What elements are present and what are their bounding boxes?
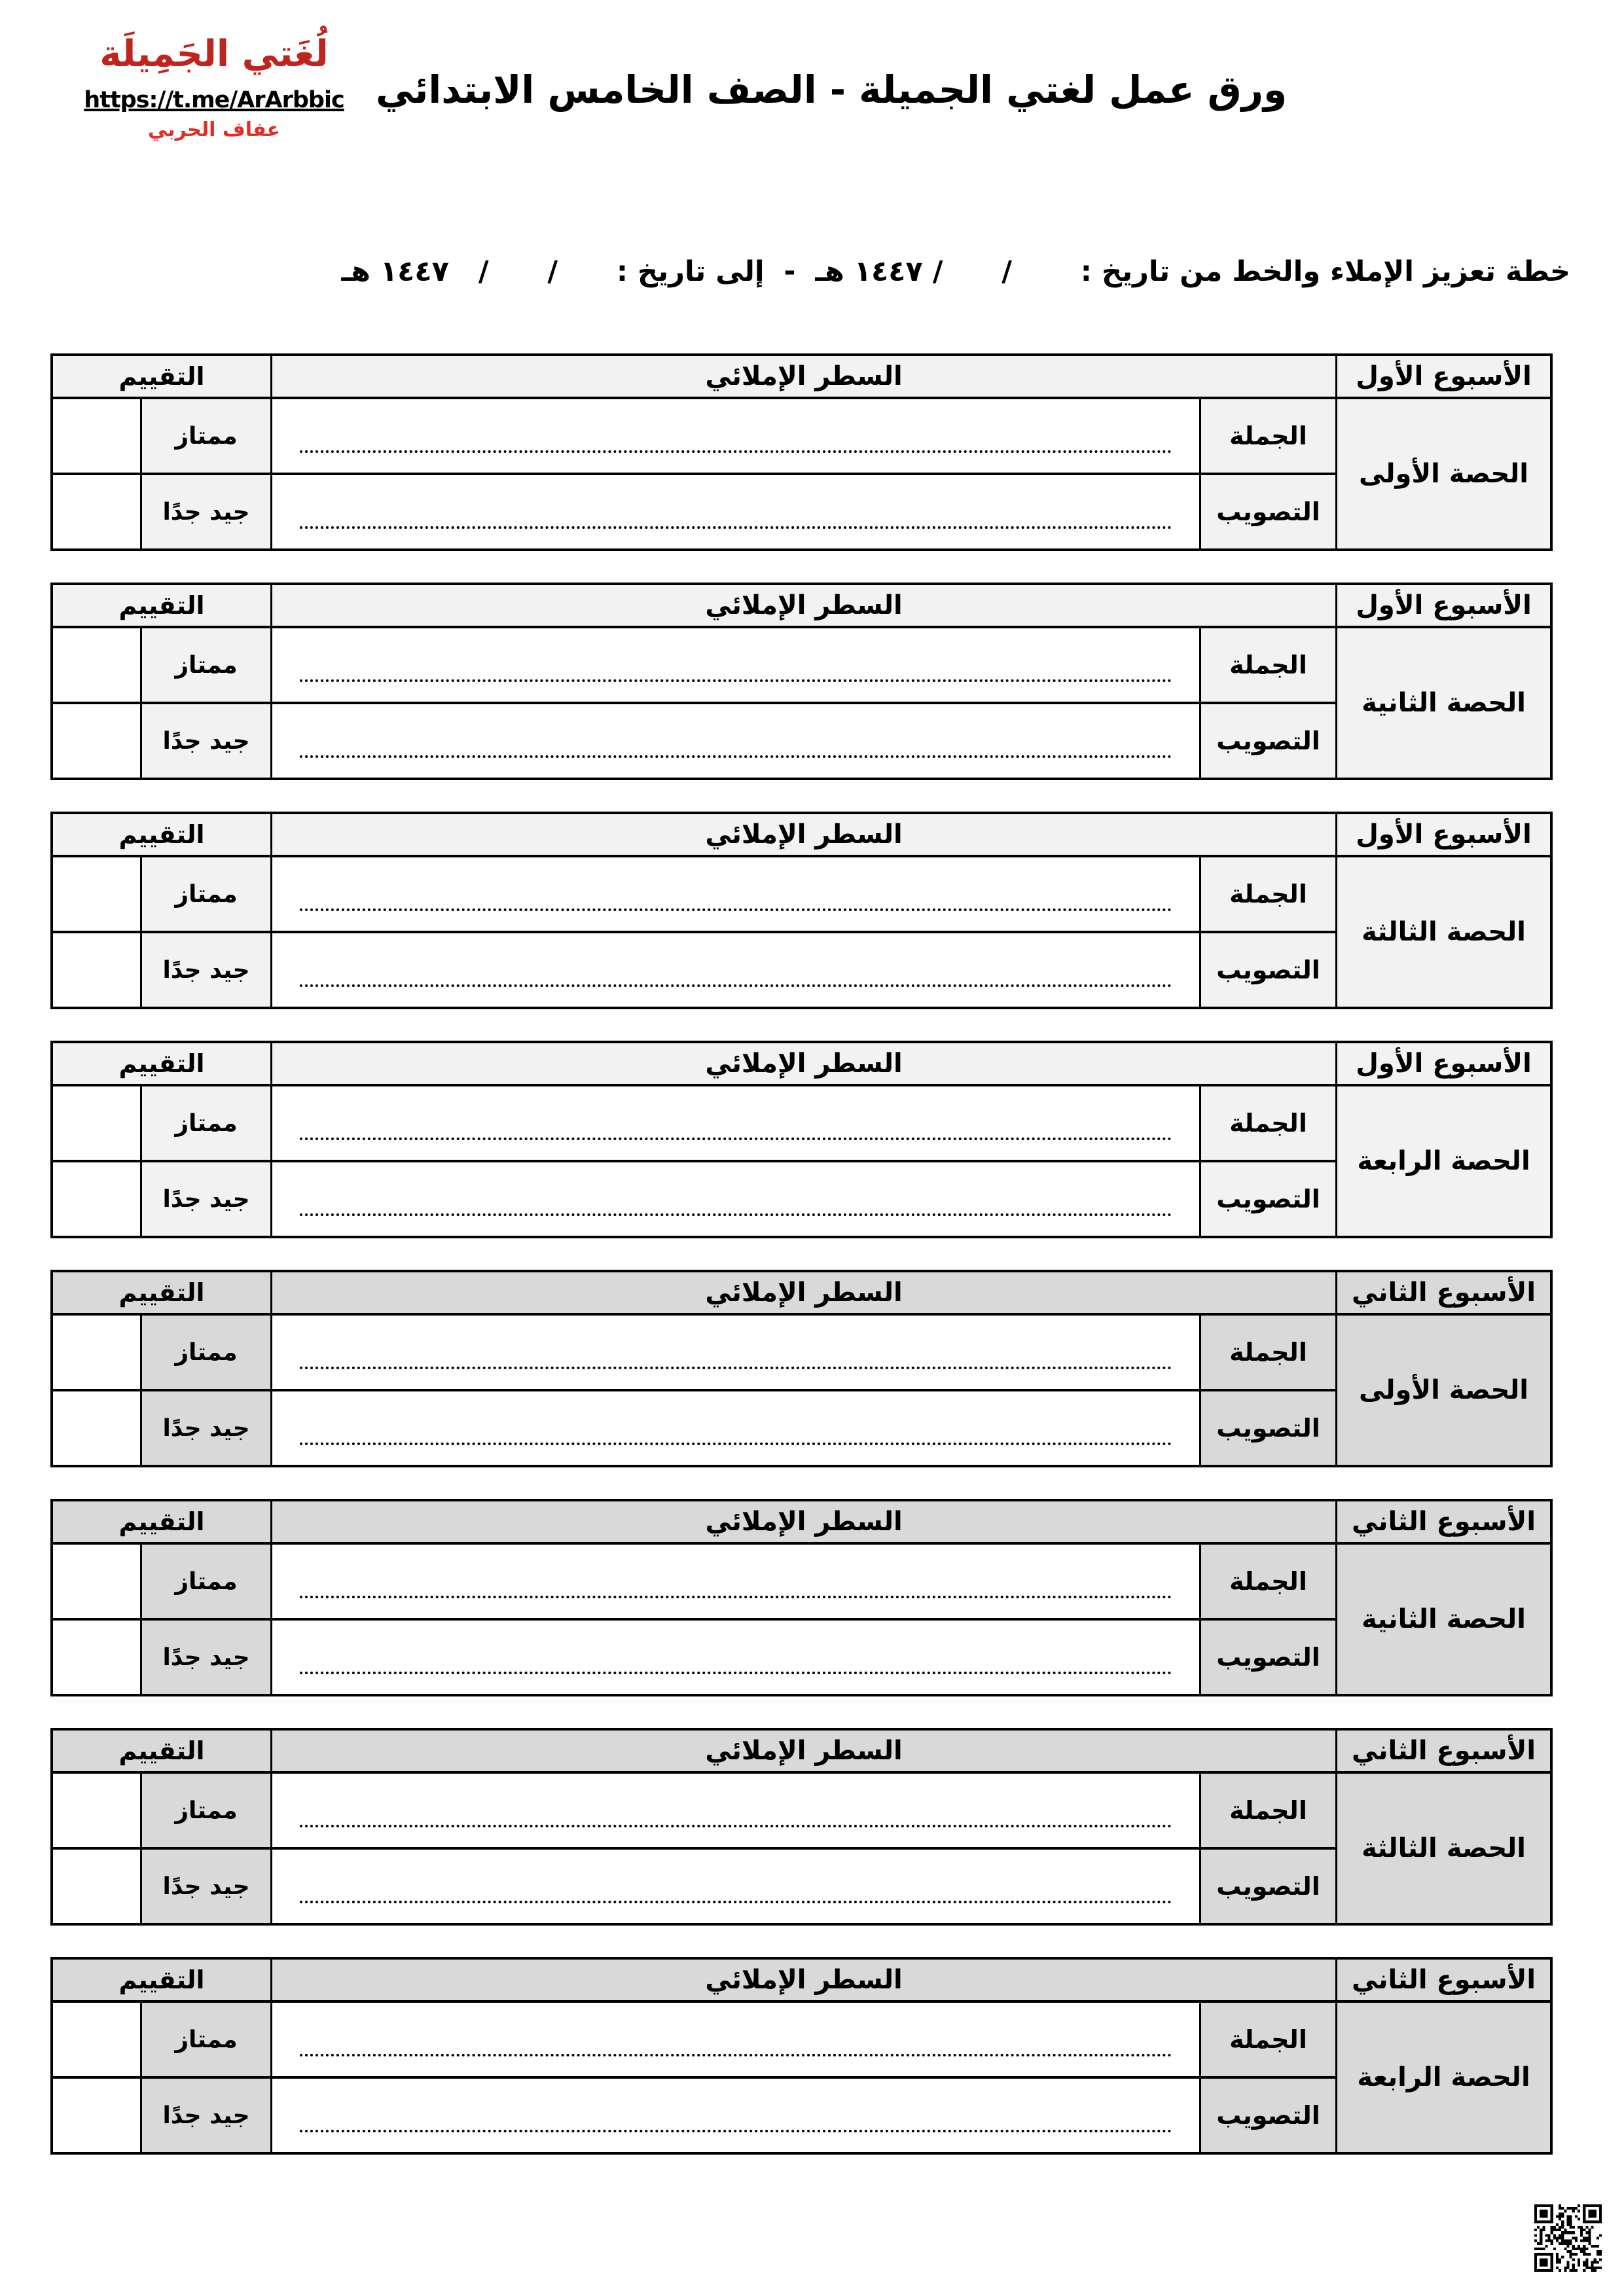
session-table: الأسبوع الأول السطر الإملائي التقييم الح… xyxy=(50,583,1553,780)
dotted-write-line xyxy=(300,2130,1171,2132)
dotted-write-line xyxy=(300,526,1171,529)
very-good-label: جيد جدًا xyxy=(142,1621,270,1694)
session-table: الأسبوع الأول السطر الإملائي التقييم الح… xyxy=(50,353,1553,551)
week-header-cell: الأسبوع الأول xyxy=(1337,356,1550,397)
week-header-cell: الأسبوع الثاني xyxy=(1337,1731,1550,1771)
sentence-label: الجملة xyxy=(1201,1774,1335,1847)
correction-write-area[interactable] xyxy=(272,1391,1199,1465)
session-cell: الحصة الثالثة xyxy=(1337,857,1550,1007)
dotted-write-line xyxy=(300,450,1171,453)
week-header-cell: الأسبوع الأول xyxy=(1337,1043,1550,1084)
very-good-checkbox-cell[interactable] xyxy=(53,933,140,1007)
excellent-checkbox-cell[interactable] xyxy=(53,2003,140,2076)
dotted-write-line xyxy=(300,1901,1171,1903)
dictation-line-header-cell: السطر الإملائي xyxy=(272,1272,1335,1313)
session-cell: الحصة الأولى xyxy=(1337,1316,1550,1465)
dictation-line-header-cell: السطر الإملائي xyxy=(272,1043,1335,1084)
very-good-checkbox-cell[interactable] xyxy=(53,1162,140,1236)
correction-label: التصويب xyxy=(1201,1162,1335,1236)
page-title: ورق عمل لغتي الجميلة - الصف الخامس الابت… xyxy=(281,67,1381,112)
session-cell: الحصة الرابعة xyxy=(1337,2003,1550,2152)
sentence-write-area[interactable] xyxy=(272,857,1199,931)
excellent-checkbox-cell[interactable] xyxy=(53,1086,140,1160)
dotted-write-line xyxy=(300,1213,1171,1216)
very-good-label: جيد جدًا xyxy=(142,933,270,1007)
week-header-cell: الأسبوع الثاني xyxy=(1337,1501,1550,1542)
session-table: الأسبوع الثاني السطر الإملائي التقييم ال… xyxy=(50,1728,1553,1926)
evaluation-header-cell: التقييم xyxy=(53,1043,270,1084)
week-header-cell: الأسبوع الأول xyxy=(1337,585,1550,626)
session-table: الأسبوع الثاني السطر الإملائي التقييم ال… xyxy=(50,1957,1553,2155)
correction-label: التصويب xyxy=(1201,2079,1335,2152)
sentence-write-area[interactable] xyxy=(272,1316,1199,1389)
date-plan-line: خطة تعزيز الإملاء والخط من تاريخ : / / ١… xyxy=(341,255,1570,288)
correction-write-area[interactable] xyxy=(272,475,1199,548)
correction-write-area[interactable] xyxy=(272,1621,1199,1694)
session-tables: الأسبوع الأول السطر الإملائي التقييم الح… xyxy=(50,353,1553,2155)
session-table: الأسبوع الأول السطر الإملائي التقييم الح… xyxy=(50,812,1553,1009)
dictation-line-header-cell: السطر الإملائي xyxy=(272,1731,1335,1771)
dotted-write-line xyxy=(300,908,1171,911)
week-header-cell: الأسبوع الثاني xyxy=(1337,1272,1550,1313)
correction-write-area[interactable] xyxy=(272,2079,1199,2152)
qr-code xyxy=(1534,2204,1602,2272)
sentence-label: الجملة xyxy=(1201,1316,1335,1389)
correction-write-area[interactable] xyxy=(272,933,1199,1007)
week-header-cell: الأسبوع الأول xyxy=(1337,814,1550,855)
dictation-line-header-cell: السطر الإملائي xyxy=(272,1501,1335,1542)
dotted-write-line xyxy=(300,1443,1171,1445)
correction-label: التصويب xyxy=(1201,1391,1335,1465)
excellent-label: ممتاز xyxy=(142,2003,270,2076)
sentence-label: الجملة xyxy=(1201,1086,1335,1160)
author-name: عفاف الحربي xyxy=(60,118,368,141)
dictation-line-header-cell: السطر الإملائي xyxy=(272,585,1335,626)
excellent-checkbox-cell[interactable] xyxy=(53,1316,140,1389)
correction-label: التصويب xyxy=(1201,704,1335,778)
evaluation-header-cell: التقييم xyxy=(53,1960,270,2000)
dictation-line-header-cell: السطر الإملائي xyxy=(272,356,1335,397)
very-good-checkbox-cell[interactable] xyxy=(53,704,140,778)
very-good-label: جيد جدًا xyxy=(142,1162,270,1236)
very-good-checkbox-cell[interactable] xyxy=(53,475,140,548)
very-good-label: جيد جدًا xyxy=(142,704,270,778)
correction-label: التصويب xyxy=(1201,1621,1335,1694)
excellent-label: ممتاز xyxy=(142,399,270,473)
sentence-label: الجملة xyxy=(1201,2003,1335,2076)
dotted-write-line xyxy=(300,679,1171,682)
evaluation-header-cell: التقييم xyxy=(53,585,270,626)
excellent-checkbox-cell[interactable] xyxy=(53,628,140,702)
excellent-checkbox-cell[interactable] xyxy=(53,857,140,931)
sentence-write-area[interactable] xyxy=(272,399,1199,473)
excellent-checkbox-cell[interactable] xyxy=(53,399,140,473)
very-good-label: جيد جدًا xyxy=(142,2079,270,2152)
very-good-checkbox-cell[interactable] xyxy=(53,1850,140,1923)
evaluation-header-cell: التقييم xyxy=(53,1501,270,1542)
excellent-label: ممتاز xyxy=(142,857,270,931)
session-table: الأسبوع الثاني السطر الإملائي التقييم ال… xyxy=(50,1270,1553,1467)
excellent-checkbox-cell[interactable] xyxy=(53,1774,140,1847)
correction-write-area[interactable] xyxy=(272,1850,1199,1923)
sentence-label: الجملة xyxy=(1201,628,1335,702)
sentence-label: الجملة xyxy=(1201,1545,1335,1618)
excellent-checkbox-cell[interactable] xyxy=(53,1545,140,1618)
very-good-checkbox-cell[interactable] xyxy=(53,2079,140,2152)
dotted-write-line xyxy=(300,1138,1171,1140)
correction-write-area[interactable] xyxy=(272,704,1199,778)
sentence-write-area[interactable] xyxy=(272,2003,1199,2076)
dotted-write-line xyxy=(300,755,1171,758)
session-cell: الحصة الرابعة xyxy=(1337,1086,1550,1236)
excellent-label: ممتاز xyxy=(142,1086,270,1160)
evaluation-header-cell: التقييم xyxy=(53,1731,270,1771)
session-cell: الحصة الثالثة xyxy=(1337,1774,1550,1923)
dictation-line-header-cell: السطر الإملائي xyxy=(272,814,1335,855)
dotted-write-line xyxy=(300,984,1171,987)
dotted-write-line xyxy=(300,1672,1171,1674)
very-good-checkbox-cell[interactable] xyxy=(53,1391,140,1465)
excellent-label: ممتاز xyxy=(142,1545,270,1618)
very-good-checkbox-cell[interactable] xyxy=(53,1621,140,1694)
correction-label: التصويب xyxy=(1201,1850,1335,1923)
session-cell: الحصة الثانية xyxy=(1337,1545,1550,1694)
sentence-label: الجملة xyxy=(1201,857,1335,931)
excellent-label: ممتاز xyxy=(142,1316,270,1389)
week-header-cell: الأسبوع الثاني xyxy=(1337,1960,1550,2000)
dotted-write-line xyxy=(300,1596,1171,1598)
evaluation-header-cell: التقييم xyxy=(53,814,270,855)
sentence-write-area[interactable] xyxy=(272,1545,1199,1618)
excellent-label: ممتاز xyxy=(142,628,270,702)
sentence-label: الجملة xyxy=(1201,399,1335,473)
evaluation-header-cell: التقييم xyxy=(53,356,270,397)
correction-label: التصويب xyxy=(1201,933,1335,1007)
session-table: الأسبوع الأول السطر الإملائي التقييم الح… xyxy=(50,1041,1553,1238)
dotted-write-line xyxy=(300,2054,1171,2056)
session-cell: الحصة الأولى xyxy=(1337,399,1550,548)
dotted-write-line xyxy=(300,1367,1171,1369)
correction-label: التصويب xyxy=(1201,475,1335,548)
sentence-write-area[interactable] xyxy=(272,628,1199,702)
session-table: الأسبوع الثاني السطر الإملائي التقييم ال… xyxy=(50,1499,1553,1696)
evaluation-header-cell: التقييم xyxy=(53,1272,270,1313)
very-good-label: جيد جدًا xyxy=(142,1391,270,1465)
dotted-write-line xyxy=(300,1825,1171,1827)
dictation-line-header-cell: السطر الإملائي xyxy=(272,1960,1335,2000)
correction-write-area[interactable] xyxy=(272,1162,1199,1236)
sentence-write-area[interactable] xyxy=(272,1774,1199,1847)
excellent-label: ممتاز xyxy=(142,1774,270,1847)
session-cell: الحصة الثانية xyxy=(1337,628,1550,778)
sentence-write-area[interactable] xyxy=(272,1086,1199,1160)
very-good-label: جيد جدًا xyxy=(142,475,270,548)
very-good-label: جيد جدًا xyxy=(142,1850,270,1923)
